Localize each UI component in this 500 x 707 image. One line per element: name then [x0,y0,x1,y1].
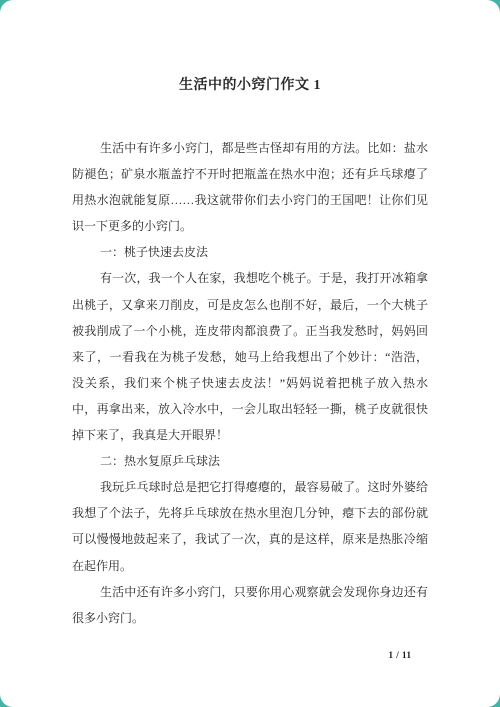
paragraph: 生活中还有许多小窍门，只要你用心观察就会发现你身边还有很多小窍门。 [72,579,428,631]
text-line: 生活中还有许多小窍门，只要你用心观察就会发现你身边还有 [72,579,428,605]
document-page: 生活中的小窍门作文 1 生活中有许多小窍门，都是些古怪却有用的方法。比如：盐水防… [0,0,500,707]
text-line: 二：热水复原乒乓球法 [72,448,428,474]
text-line: 用热水泡就能复原……我这就带你们去小窍门的王国吧！让你们见 [72,187,428,213]
text-line: 我玩乒乓球时总是把它打得瘪瘪的，最容易破了。这时外婆给 [72,474,428,500]
section-heading: 一：桃子快速去皮法 [72,239,428,265]
paragraph: 我玩乒乓球时总是把它打得瘪瘪的，最容易破了。这时外婆给我想了个法子，先将乒乓球放… [72,474,428,578]
document-title: 生活中的小窍门作文 1 [0,74,500,94]
text-line: 出桃子，又拿来刀削皮，可是皮怎么也削不好，最后，一个大桃子 [72,292,428,318]
text-line: 有一次，我一个人在家，我想吃个桃子。于是，我打开冰箱拿 [72,265,428,291]
text-line: 很多小窍门。 [72,605,428,631]
text-line: 我想了个法子，先将乒乓球放在热水里泡几分钟，瘪下去的部份就 [72,500,428,526]
text-line: 来了，一看我在为桃子发愁，她马上给我想出了个妙计：“浩浩， [72,344,428,370]
text-line: 被我削成了一个小桃，连皮带肉都浪费了。正当我发愁时，妈妈回 [72,318,428,344]
paragraph: 生活中有许多小窍门，都是些古怪却有用的方法。比如：盐水防褪色；矿泉水瓶盖拧不开时… [72,135,428,239]
text-line: 识一下更多的小窍门。 [72,213,428,239]
text-line: 没关系，我们来个桃子快速去皮法！”妈妈说着把桃子放入热水 [72,370,428,396]
text-line: 防褪色；矿泉水瓶盖拧不开时把瓶盖在热水中泡；还有乒乓球瘪了 [72,161,428,187]
page-number: 1 / 11 [372,650,428,660]
paragraph: 有一次，我一个人在家，我想吃个桃子。于是，我打开冰箱拿出桃子，又拿来刀削皮，可是… [72,265,428,448]
text-line: 可以慢慢地鼓起来了，我试了一次，真的是这样，原来是热胀冷缩 [72,526,428,552]
document-body: 生活中有许多小窍门，都是些古怪却有用的方法。比如：盐水防褪色；矿泉水瓶盖拧不开时… [72,135,428,631]
text-line: 中，再拿出来，放入冷水中，一会儿取出轻轻一撕，桃子皮就很快 [72,396,428,422]
text-line: 掉下来了，我真是大开眼界！ [72,422,428,448]
section-heading: 二：热水复原乒乓球法 [72,448,428,474]
text-line: 一：桃子快速去皮法 [72,239,428,265]
text-line: 在起作用。 [72,553,428,579]
text-line: 生活中有许多小窍门，都是些古怪却有用的方法。比如：盐水 [72,135,428,161]
